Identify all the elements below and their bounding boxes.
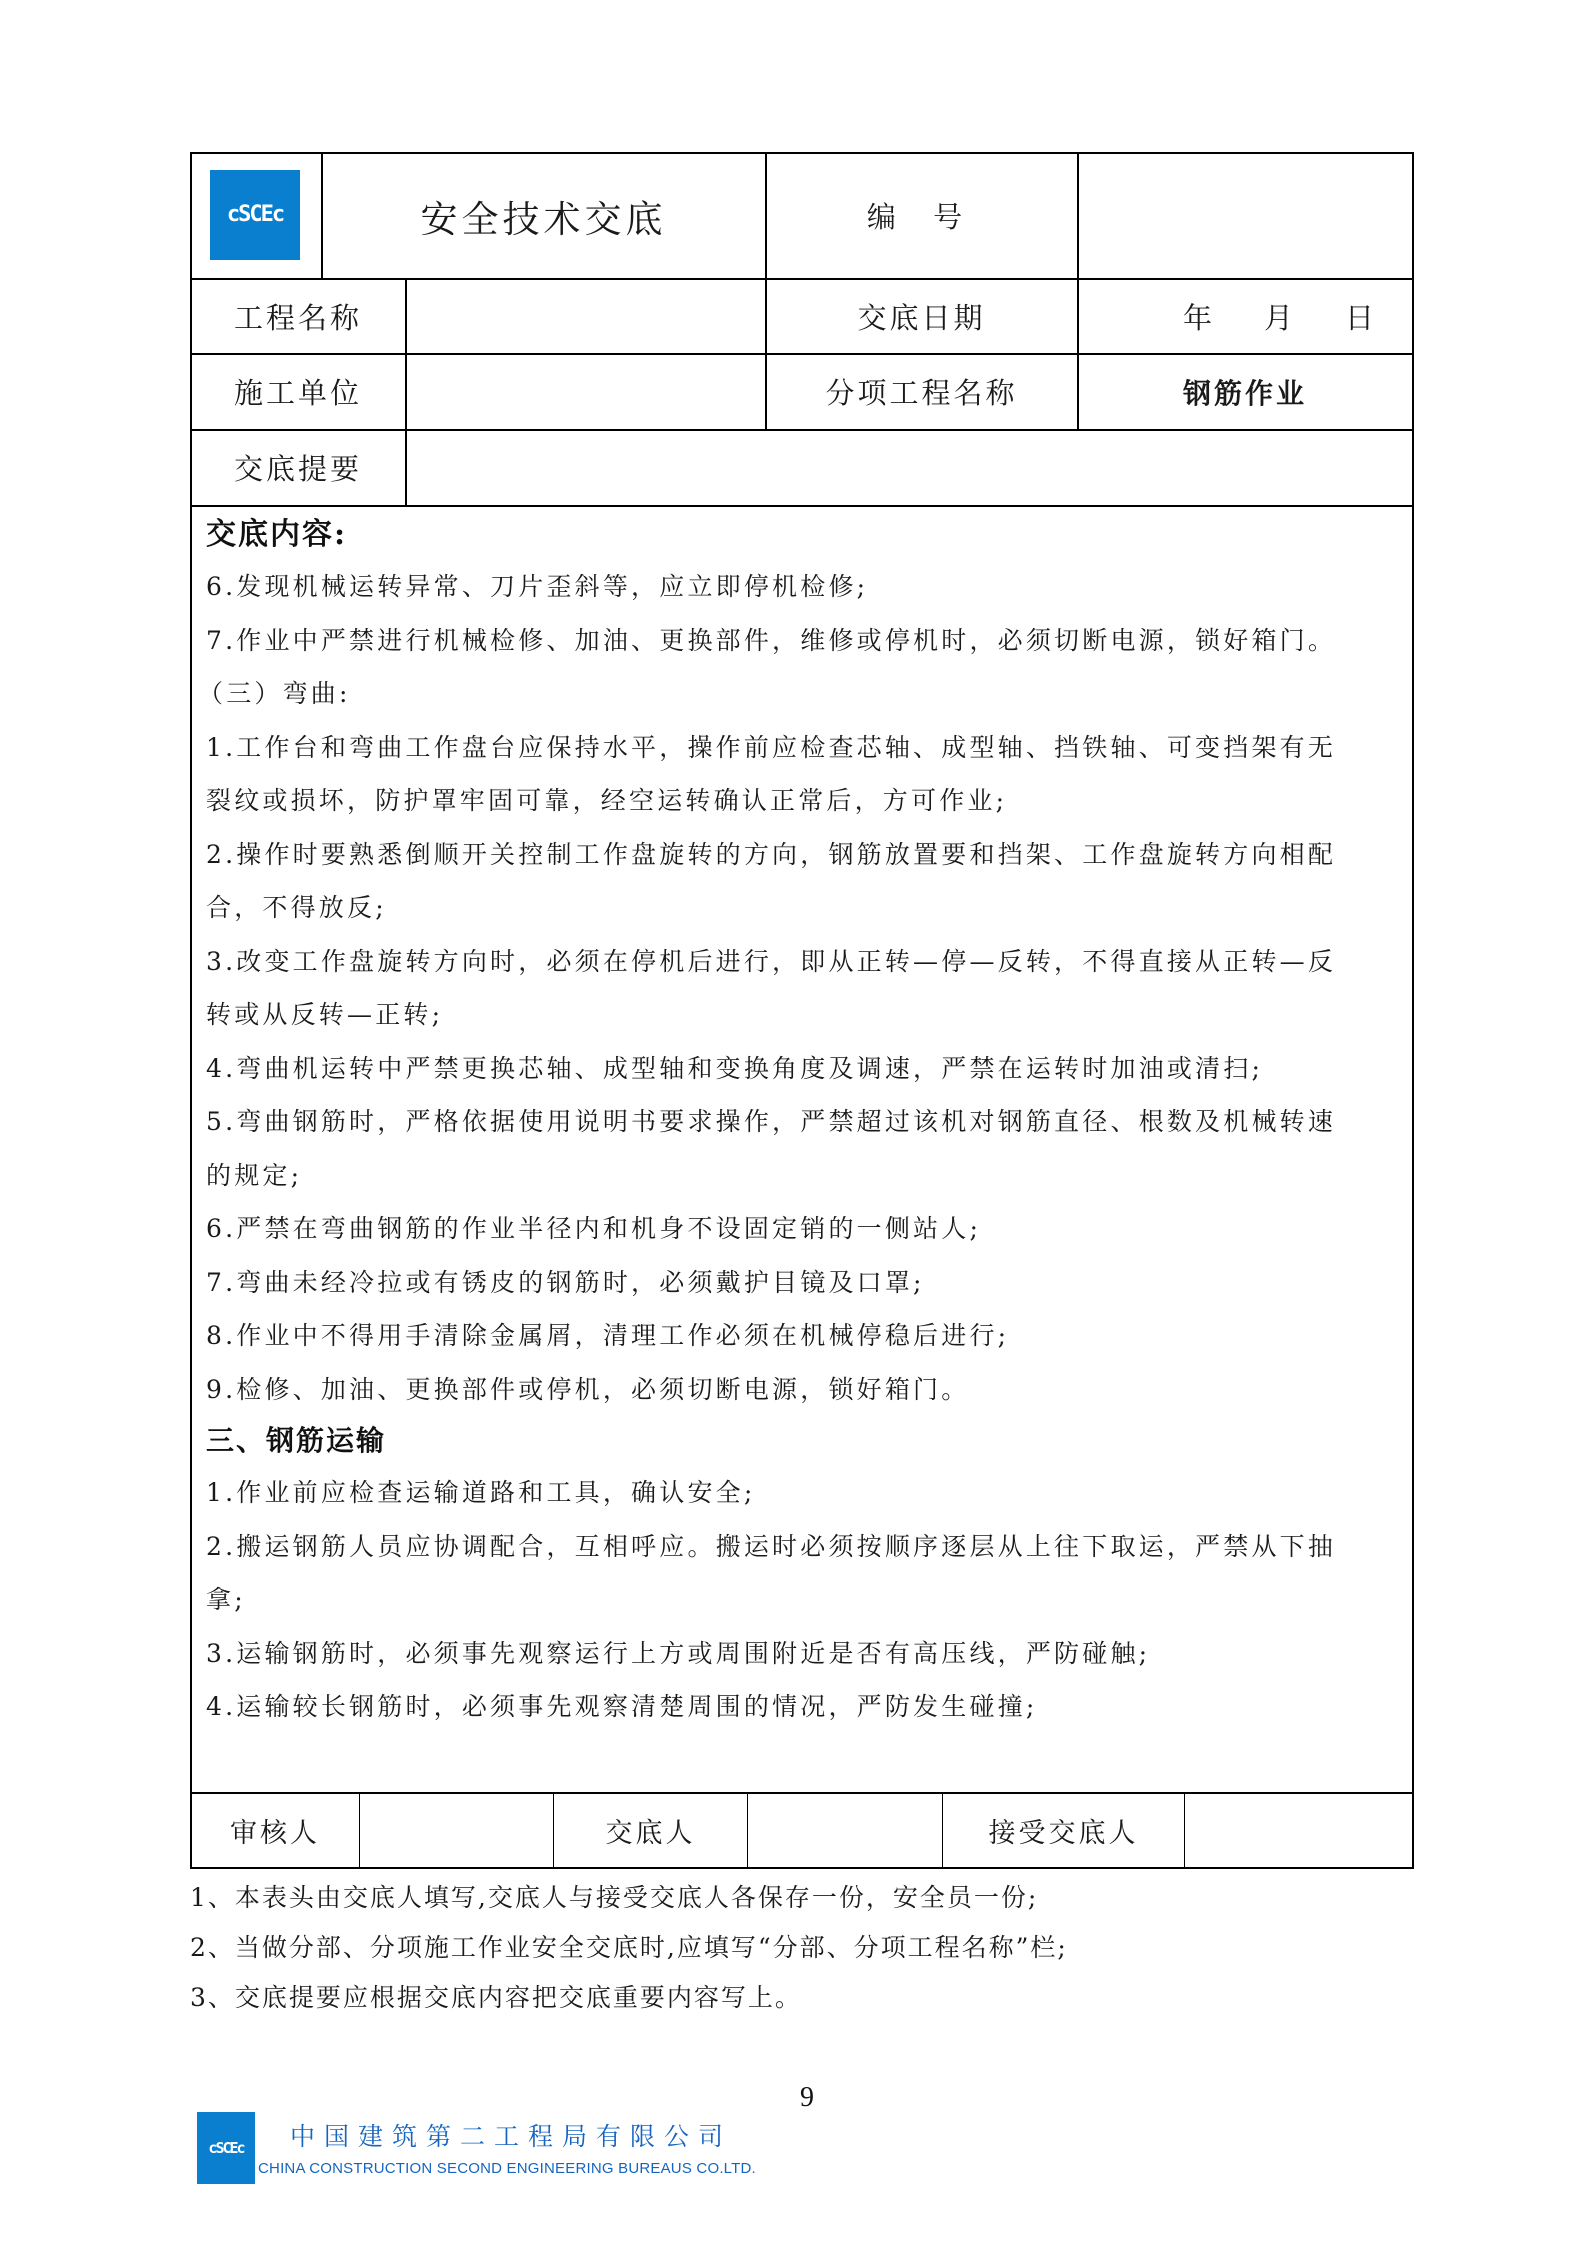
row-divider	[190, 505, 1414, 507]
content-line: 1.作业前应检查运输道路和工具，确认安全;	[206, 1466, 1401, 1520]
discloser-field[interactable]	[748, 1793, 942, 1867]
note-item: 2、当做分部、分项施工作业安全交底时,应填写“分部、分项工程名称”栏;	[190, 1923, 1068, 1973]
company-logo: cSCEc	[210, 170, 300, 260]
date-label: 交底日期	[766, 279, 1077, 353]
project-name-label: 工程名称	[191, 279, 405, 353]
reviewer-field[interactable]	[360, 1793, 553, 1867]
content-line: 9.检修、加油、更换部件或停机，必须切断电源，锁好箱门。	[206, 1363, 1401, 1417]
receiver-label: 接受交底人	[943, 1793, 1184, 1867]
section-heading: 三、钢筋运输	[206, 1416, 1401, 1466]
date-month: 月	[1264, 296, 1293, 337]
content-heading: 交底内容:	[206, 510, 1401, 560]
number-label: 编 号	[766, 153, 1077, 278]
footer-company-logo: cSCEc	[197, 2112, 255, 2184]
content-line: 8.作业中不得用手清除金属屑，清理工作必须在机械停稳后进行;	[206, 1309, 1401, 1363]
content-line: 拿;	[206, 1573, 1401, 1627]
content-line: 转或从反转—正转;	[206, 988, 1401, 1042]
content-line: 合，不得放反;	[206, 881, 1401, 935]
number-field[interactable]	[1078, 153, 1412, 278]
project-name-field[interactable]	[406, 279, 765, 353]
content-line: 7.作业中严禁进行机械检修、加油、更换部件，维修或停机时，必须切断电源，锁好箱门…	[206, 614, 1401, 668]
content-line: 6.严禁在弯曲钢筋的作业半径内和机身不设固定销的一侧站人;	[206, 1202, 1401, 1256]
summary-field[interactable]	[406, 430, 1412, 505]
company-name-cn: 中国建筑第二工程局有限公司	[290, 2117, 732, 2153]
content-line: 5.弯曲钢筋时，严格依据使用说明书要求操作，严禁超过该机对钢筋直径、根数及机械转…	[206, 1095, 1401, 1149]
construction-unit-label: 施工单位	[191, 354, 405, 429]
subproject-value[interactable]: 钢筋作业	[1078, 354, 1412, 429]
receiver-field[interactable]	[1185, 1793, 1412, 1867]
content-line: 6.发现机械运转异常、刀片歪斜等，应立即停机检修;	[206, 560, 1401, 614]
date-year: 年	[1183, 296, 1212, 337]
content-line: 4.弯曲机运转中严禁更换芯轴、成型轴和变换角度及调速，严禁在运转时加油或清扫;	[206, 1042, 1401, 1096]
disclosure-content: 交底内容: 6.发现机械运转异常、刀片歪斜等，应立即停机检修; 7.作业中严禁进…	[206, 510, 1401, 1734]
table-border-right	[1412, 152, 1414, 1869]
summary-label: 交底提要	[191, 430, 405, 505]
date-day: 日	[1345, 296, 1374, 337]
subsection-heading: （三）弯曲:	[198, 667, 1401, 721]
document-title: 安全技术交底	[322, 153, 765, 278]
reviewer-label: 审核人	[191, 1793, 359, 1867]
table-border-bottom	[190, 1867, 1414, 1869]
content-line: 3.改变工作盘旋转方向时，必须在停机后进行，即从正转—停—反转，不得直接从正转—…	[206, 935, 1401, 989]
content-line: 7.弯曲未经冷拉或有锈皮的钢筋时，必须戴护目镜及口罩;	[206, 1256, 1401, 1310]
content-line: 2.搬运钢筋人员应协调配合，互相呼应。搬运时必须按顺序逐层从上往下取运，严禁从下…	[206, 1520, 1401, 1574]
company-name-en: CHINA CONSTRUCTION SECOND ENGINEERING BU…	[258, 2160, 756, 2177]
form-notes: 1、本表头由交底人填写,交底人与接受交底人各保存一份，安全员一份; 2、当做分部…	[190, 1873, 1068, 2023]
note-item: 3、交底提要应根据交底内容把交底重要内容写上。	[190, 1973, 1068, 2023]
subproject-label: 分项工程名称	[766, 354, 1077, 429]
content-line: 的规定;	[206, 1149, 1401, 1203]
footer-logo-text: cSCEc	[208, 2141, 243, 2156]
content-line: 4.运输较长钢筋时，必须事先观察清楚周围的情况，严防发生碰撞;	[206, 1680, 1401, 1734]
content-line: 3.运输钢筋时，必须事先观察运行上方或周围附近是否有高压线，严防碰触;	[206, 1627, 1401, 1681]
construction-unit-field[interactable]	[406, 354, 765, 429]
content-line: 裂纹或损坏，防护罩牢固可靠，经空运转确认正常后，方可作业;	[206, 774, 1401, 828]
page-number: 9	[800, 2082, 814, 2114]
logo-text: cSCEc	[227, 204, 283, 226]
content-line: 2.操作时要熟悉倒顺开关控制工作盘旋转的方向，钢筋放置要和挡架、工作盘旋转方向相…	[206, 828, 1401, 882]
note-item: 1、本表头由交底人填写,交底人与接受交底人各保存一份，安全员一份;	[190, 1873, 1068, 1923]
date-field[interactable]: 年 月 日	[1078, 279, 1412, 353]
content-line: 1.工作台和弯曲工作盘台应保持水平，操作前应检查芯轴、成型轴、挡铁轴、可变挡架有…	[206, 721, 1401, 775]
discloser-label: 交底人	[554, 1793, 747, 1867]
